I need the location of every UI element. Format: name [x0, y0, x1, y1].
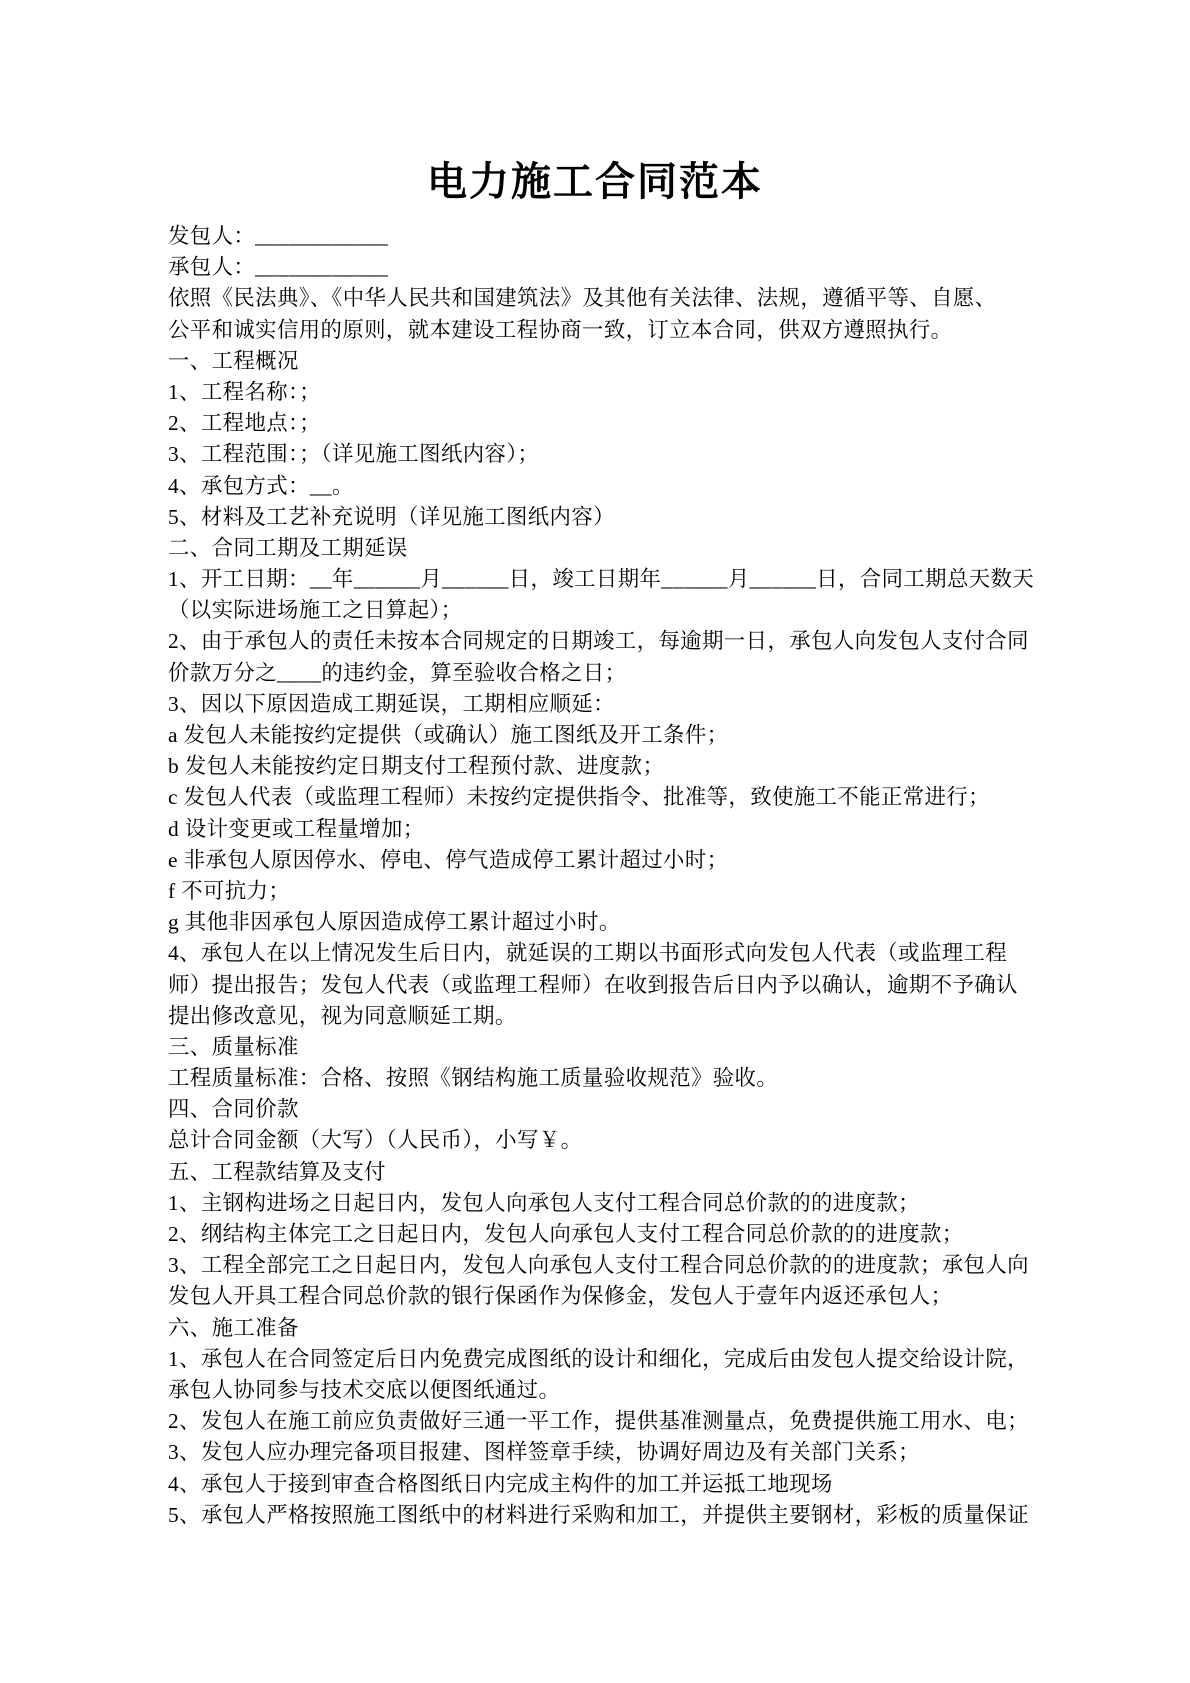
document-line: 工程质量标准：合格、按照《钢结构施工质量验收规范》验收。 [168, 1063, 1040, 1094]
document-line: 4、承包人在以上情况发生后日内，就延误的工期以书面形式向发包人代表（或监理工程 [168, 938, 1040, 969]
document-line: 一、工程概况 [168, 346, 1040, 377]
document-line: 5、承包人严格按照施工图纸中的材料进行采购和加工，并提供主要钢材，彩板的质量保证 [168, 1500, 1040, 1531]
document-line: f 不可抗力； [168, 876, 1040, 907]
document-line: 2、发包人在施工前应负责做好三通一平工作，提供基准测量点，免费提供施工用水、电； [168, 1406, 1040, 1437]
document-line: 二、合同工期及工期延误 [168, 533, 1040, 564]
document-line: d 设计变更或工程量增加； [168, 814, 1040, 845]
document-line: 1、主钢构进场之日起日内，发包人向承包人支付工程合同总价款的的进度款； [168, 1188, 1040, 1219]
document-line: 价款万分之____的违约金，算至验收合格之日； [168, 658, 1040, 689]
document-line: 1、开工日期：__年______月______日，竣工日期年______月___… [168, 564, 1040, 595]
document-line: 2、纲结构主体完工之日起日内，发包人向承包人支付工程合同总价款的的进度款； [168, 1219, 1040, 1250]
document-line: a 发包人未能按约定提供（或确认）施工图纸及开工条件； [168, 720, 1040, 751]
document-line: 3、因以下原因造成工期延误，工期相应顺延： [168, 689, 1040, 720]
document-line: 承包人协同参与技术交底以便图纸通过。 [168, 1375, 1040, 1406]
document-line: （以实际进场施工之日算起）； [168, 595, 1040, 626]
document-line: 3、工程全部完工之日起日内，发包人向承包人支付工程合同总价款的的进度款；承包人向 [168, 1250, 1040, 1281]
document-line: 2、由于承包人的责任未按本合同规定的日期竣工，每逾期一日，承包人向发包人支付合同 [168, 626, 1040, 657]
document-line: 5、材料及工艺补充说明（详见施工图纸内容） [168, 502, 1040, 533]
document-line: 3、工程范围：；（详见施工图纸内容）； [168, 439, 1040, 470]
document-line: 六、施工准备 [168, 1313, 1040, 1344]
document-line: 总计合同金额（大写）（人民币），小写￥。 [168, 1125, 1040, 1156]
document-line: 依照《民法典》、《中华人民共和国建筑法》及其他有关法律、法规，遵循平等、自愿、 [168, 283, 1040, 314]
document-line: c 发包人代表（或监理工程师）未按约定提供指令、批准等，致使施工不能正常进行； [168, 782, 1040, 813]
document-line: 1、工程名称：； [168, 377, 1040, 408]
document-line: b 发包人未能按约定日期支付工程预付款、进度款； [168, 751, 1040, 782]
document-line: 3、发包人应办理完备项目报建、图样签章手续，协调好周边及有关部门关系； [168, 1437, 1040, 1468]
document-page: 电力施工合同范本 发包人：____________承包人：___________… [0, 0, 1190, 1683]
document-line: g 其他非因承包人原因造成停工累计超过小时。 [168, 907, 1040, 938]
document-line: 2、工程地点：； [168, 408, 1040, 439]
document-line: 四、合同价款 [168, 1094, 1040, 1125]
document-line: 1、承包人在合同签定后日内免费完成图纸的设计和细化，完成后由发包人提交给设计院， [168, 1344, 1040, 1375]
document-line: 发包人：____________ [168, 221, 1040, 252]
document-line: 发包人开具工程合同总价款的银行保函作为保修金，发包人于壹年内返还承包人； [168, 1281, 1040, 1312]
document-line: 三、质量标准 [168, 1032, 1040, 1063]
document-line: 4、承包人于接到审查合格图纸日内完成主构件的加工并运抵工地现场 [168, 1469, 1040, 1500]
document-line: 师）提出报告；发包人代表（或监理工程师）在收到报告后日内予以确认，逾期不予确认 [168, 970, 1040, 1001]
document-line: 4、承包方式：__。 [168, 471, 1040, 502]
document-line: 公平和诚实信用的原则，就本建设工程协商一致，订立本合同，供双方遵照执行。 [168, 315, 1040, 346]
document-title: 电力施工合同范本 [0, 0, 1190, 209]
document-line: 五、工程款结算及支付 [168, 1157, 1040, 1188]
document-body: 发包人：____________承包人：____________依照《民法典》、… [168, 221, 1040, 1531]
document-line: 承包人：____________ [168, 252, 1040, 283]
document-line: e 非承包人原因停水、停电、停气造成停工累计超过小时； [168, 845, 1040, 876]
document-line: 提出修改意见，视为同意顺延工期。 [168, 1001, 1040, 1032]
